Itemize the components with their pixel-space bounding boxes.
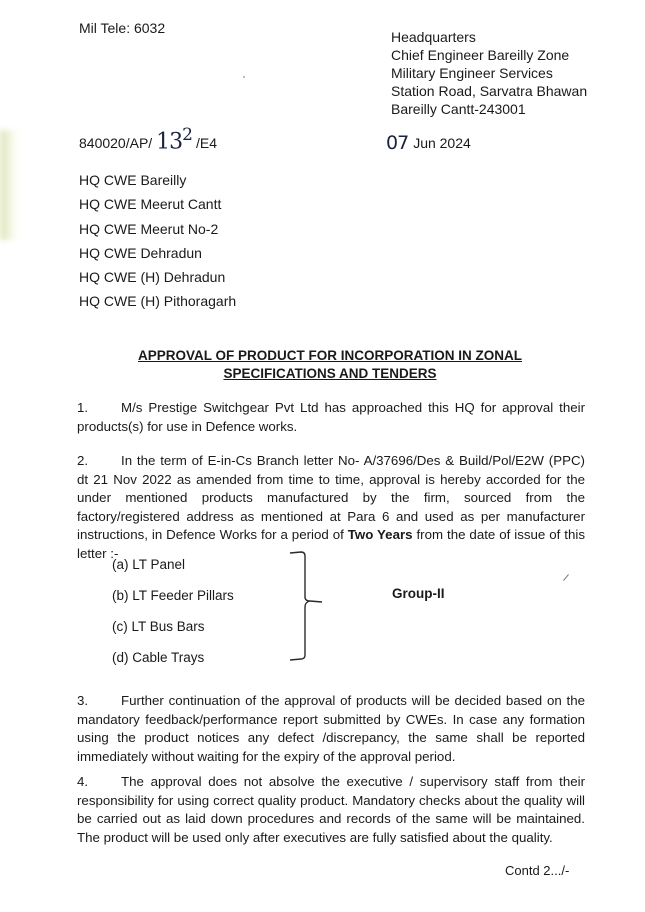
paragraph-1: 1.M/s Prestige Switchgear Pvt Ltd has ap… xyxy=(77,399,585,436)
product-item: (a) LT Panel xyxy=(112,557,234,588)
subject-line: SPECIFICATIONS AND TENDERS xyxy=(90,365,570,383)
address-line: Bareilly Cantt-243001 xyxy=(391,100,587,118)
address-line: Station Road, Sarvatra Bhawan xyxy=(391,82,587,100)
reference-number: 840020/AP/ 132 /E4 xyxy=(79,128,217,157)
handwritten-day: 07 xyxy=(386,132,408,154)
paragraph-text: The approval does not absolve the execut… xyxy=(77,774,585,845)
paragraph-4: 4.The approval does not absolve the exec… xyxy=(77,773,585,847)
paragraph-2: 2.In the term of E-in-Cs Branch letter N… xyxy=(77,452,585,563)
subject-heading: APPROVAL OF PRODUCT FOR INCORPORATION IN… xyxy=(90,347,570,383)
recipient: HQ CWE (H) Pithoragarh xyxy=(79,289,236,313)
product-list: (a) LT Panel (b) LT Feeder Pillars (c) L… xyxy=(112,557,234,681)
reference-suffix: /E4 xyxy=(196,135,217,151)
recipient: HQ CWE (H) Dehradun xyxy=(79,265,236,289)
paragraph-text: M/s Prestige Switchgear Pvt Ltd has appr… xyxy=(77,400,585,434)
product-item: (b) LT Feeder Pillars xyxy=(112,588,234,619)
product-item: (c) LT Bus Bars xyxy=(112,619,234,650)
sender-address: Headquarters Chief Engineer Bareilly Zon… xyxy=(391,28,587,118)
address-line: Headquarters xyxy=(391,28,587,46)
product-item: (d) Cable Trays xyxy=(112,650,234,681)
approval-period: Two Years xyxy=(348,527,413,542)
handwritten-number: 132 xyxy=(156,125,192,154)
paragraph-number: 4. xyxy=(77,773,121,792)
handwritten-main: 13 xyxy=(156,129,182,154)
address-line: Chief Engineer Bareilly Zone xyxy=(391,46,587,64)
paragraph-3: 3.Further continuation of the approval o… xyxy=(77,692,585,766)
right-brace-icon xyxy=(288,549,328,665)
recipient: HQ CWE Dehradun xyxy=(79,241,236,265)
recipients-list: HQ CWE Bareilly HQ CWE Meerut Cantt HQ C… xyxy=(79,168,236,314)
date-rest: Jun 2024 xyxy=(413,135,471,151)
handwritten-sup: 2 xyxy=(182,125,192,145)
address-line: Military Engineer Services xyxy=(391,64,587,82)
product-group: Group-II xyxy=(392,586,445,601)
pen-mark xyxy=(563,574,569,581)
recipient: HQ CWE Bareilly xyxy=(79,168,236,192)
reference-prefix: 840020/AP/ xyxy=(79,135,152,151)
mil-tele: Mil Tele: 6032 xyxy=(79,20,165,36)
paragraph-number: 1. xyxy=(77,399,121,418)
paragraph-text: Further continuation of the approval of … xyxy=(77,693,585,764)
speck xyxy=(243,76,245,78)
paragraph-number: 3. xyxy=(77,692,121,711)
paper-stain xyxy=(0,130,20,240)
recipient: HQ CWE Meerut No-2 xyxy=(79,217,236,241)
subject-line: APPROVAL OF PRODUCT FOR INCORPORATION IN… xyxy=(90,347,570,365)
paragraph-number: 2. xyxy=(77,452,121,471)
recipient: HQ CWE Meerut Cantt xyxy=(79,192,236,216)
continued-marker: Contd 2.../- xyxy=(505,863,569,878)
letter-date: 07 Jun 2024 xyxy=(386,132,471,154)
